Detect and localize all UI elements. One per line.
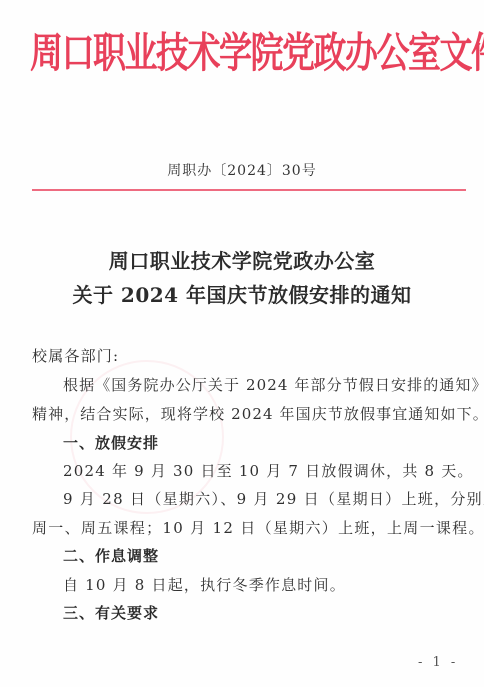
schedule-adjustment-line-1: 自 10 月 8 日起，执行冬季作息时间。 (63, 574, 346, 595)
intro-paragraph-line-2: 精神，结合实际，现将学校 2024 年国庆节放假事宜通知如下。 (32, 403, 484, 424)
section-heading-requirements: 三、有关要求 (63, 602, 159, 623)
intro-paragraph-line-1: 根据《国务院办公厅关于 2024 年部分节假日安排的通知》 (63, 374, 484, 395)
section-heading-schedule-adjustment: 二、作息调整 (63, 545, 159, 566)
holiday-arrangement-line-2: 9 月 28 日（星期六）、9 月 29 日（星期日）上班，分别上 (63, 488, 484, 509)
salutation: 校属各部门: (32, 345, 119, 366)
red-divider-line (32, 189, 466, 191)
document-page: 周口职业技术学院党政办公室文件 周职办〔2024〕30号 周口职业技术学院党政办… (0, 0, 484, 687)
document-number: 周职办〔2024〕30号 (0, 160, 484, 180)
notice-title-line-2: 关于 2024 年国庆节放假安排的通知 (0, 279, 484, 308)
section-heading-holiday-arrangement: 一、放假安排 (63, 432, 159, 453)
document-header-title: 周口职业技术学院党政办公室文件 (30, 22, 470, 85)
holiday-arrangement-line-3: 周一、周五课程；10 月 12 日（星期六）上班，上周一课程。 (32, 517, 484, 538)
notice-title-line-1: 周口职业技术学院党政办公室 (0, 245, 484, 274)
page-number: - 1 - (418, 655, 458, 670)
holiday-arrangement-line-1: 2024 年 9 月 30 日至 10 月 7 日放假调休，共 8 天。 (63, 460, 474, 481)
